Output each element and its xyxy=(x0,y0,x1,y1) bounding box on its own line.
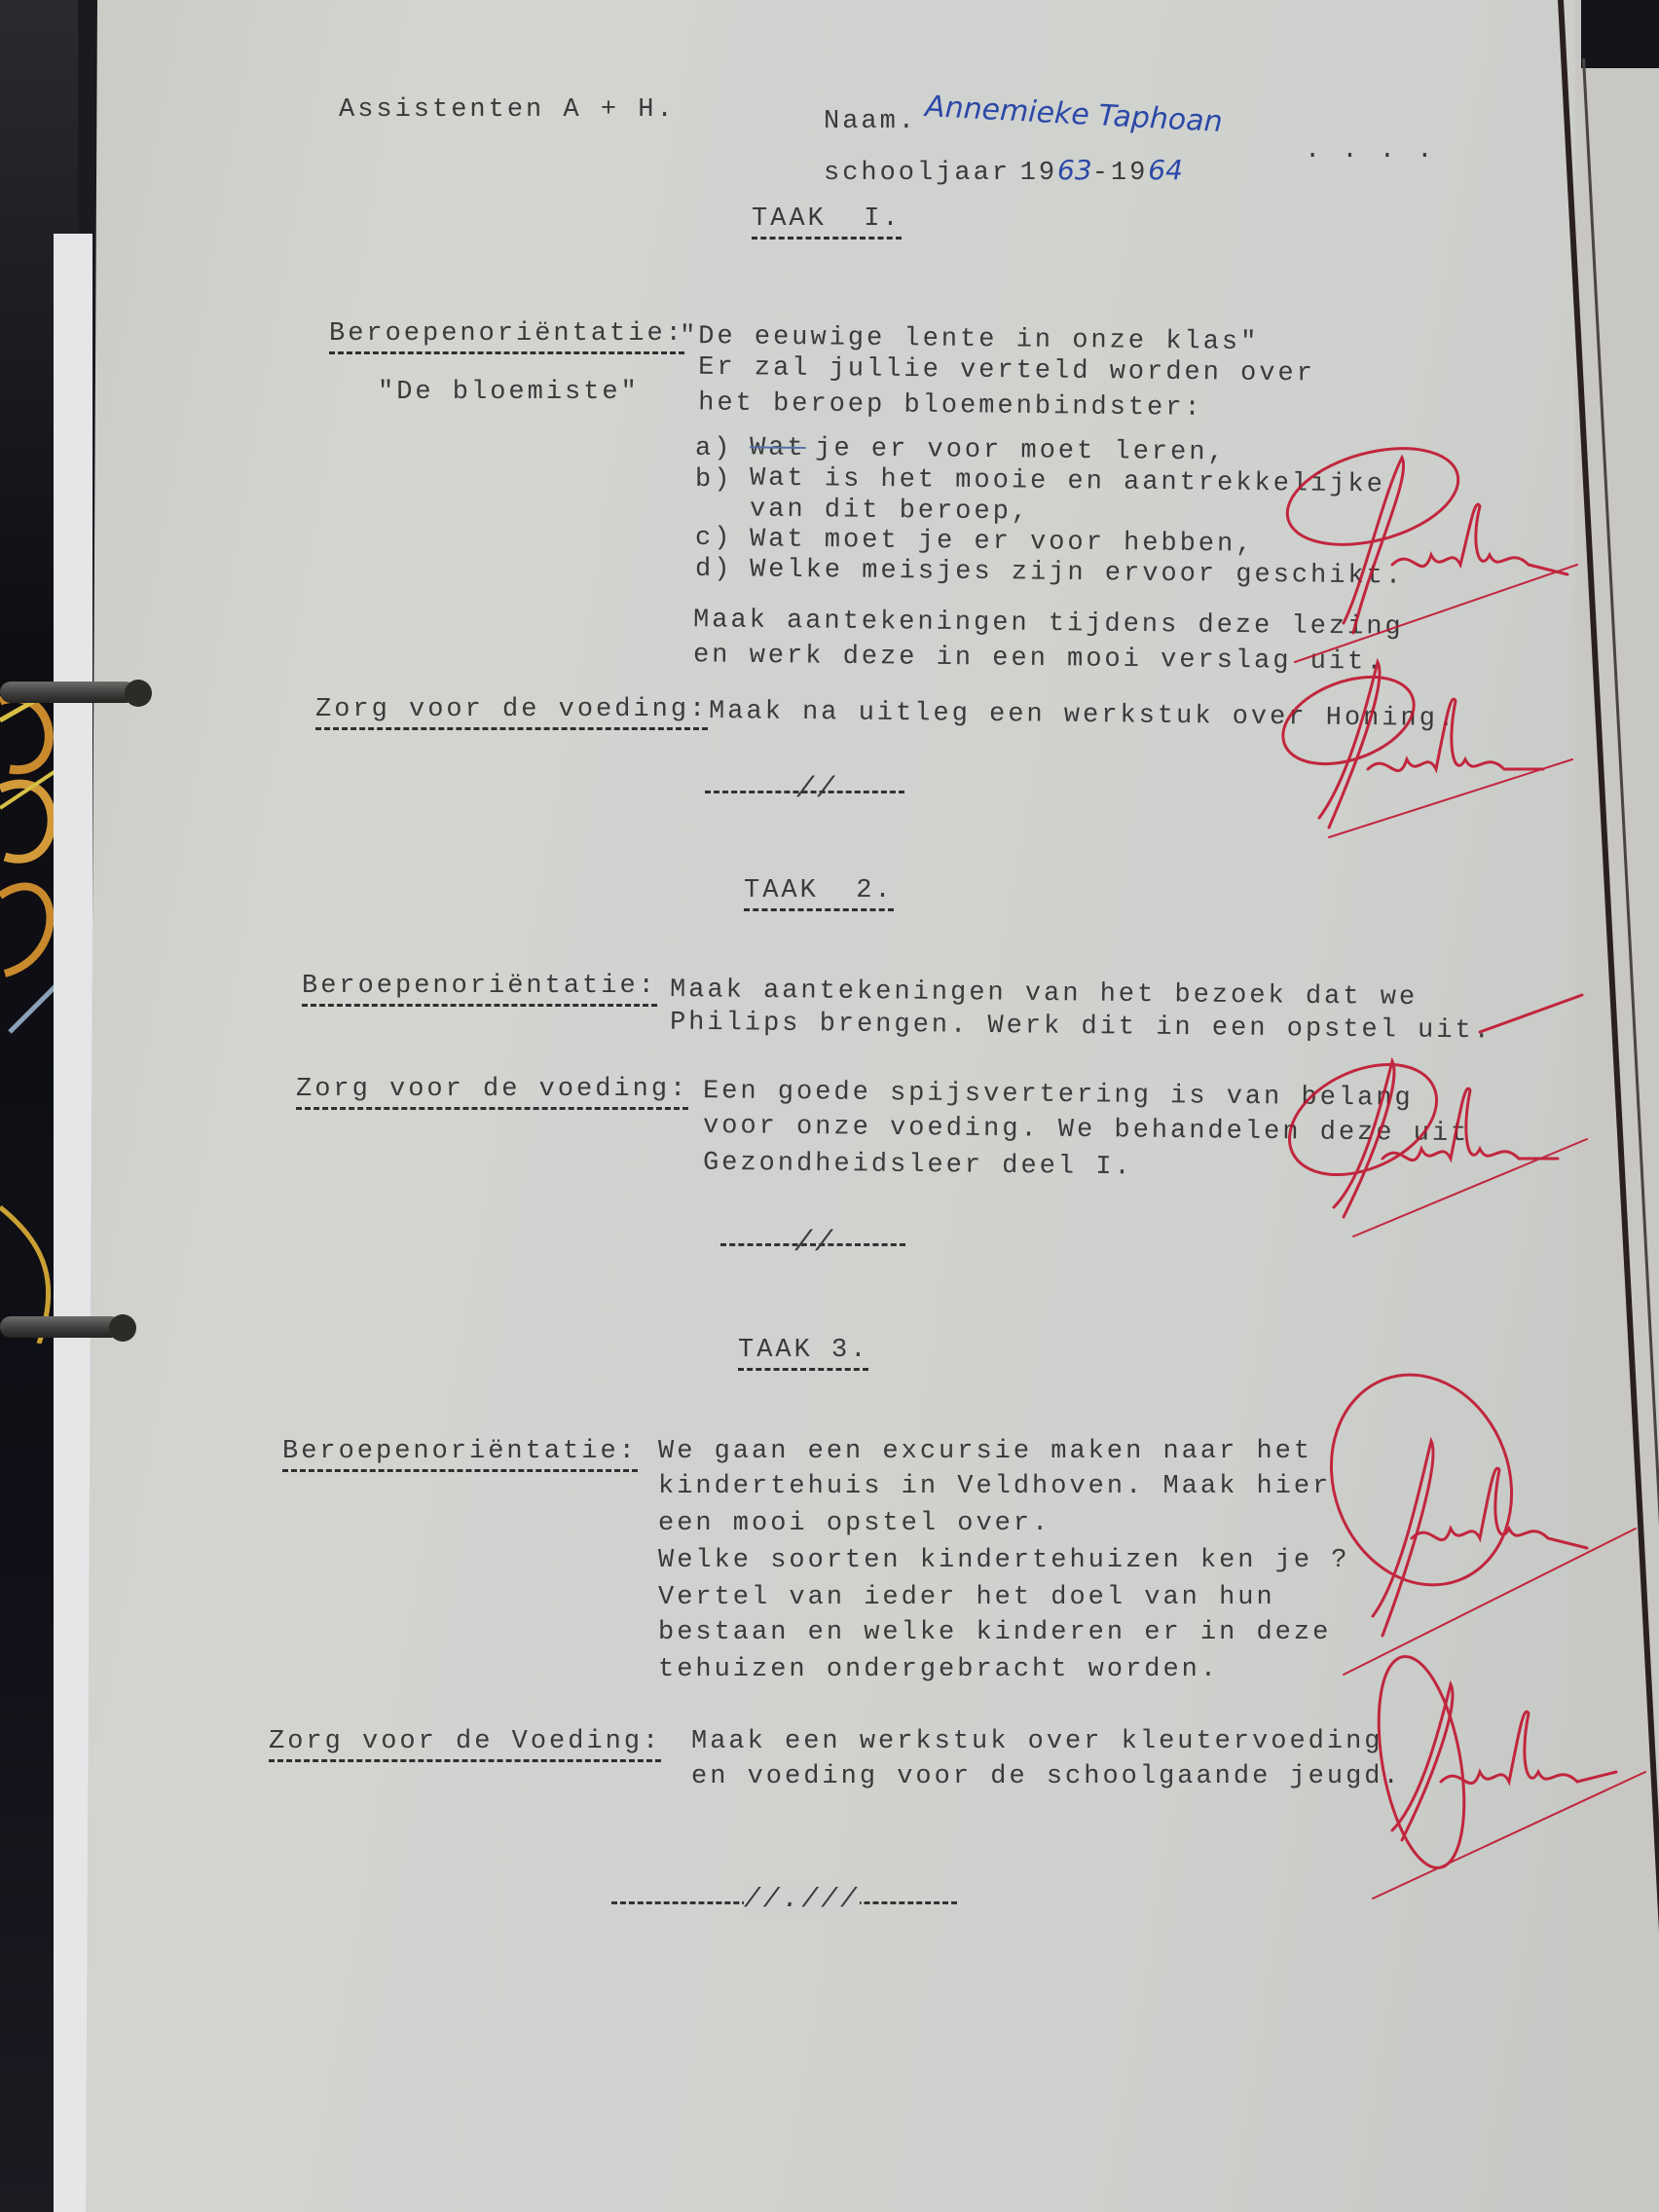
signature-4 xyxy=(1303,1349,1636,1675)
signature-overlay xyxy=(0,0,1659,2212)
red-check-mark xyxy=(1480,995,1582,1032)
signature-5 xyxy=(1365,1650,1645,1899)
signature-2 xyxy=(1272,660,1572,837)
signature-1 xyxy=(1276,431,1577,662)
signature-3 xyxy=(1272,1043,1587,1236)
